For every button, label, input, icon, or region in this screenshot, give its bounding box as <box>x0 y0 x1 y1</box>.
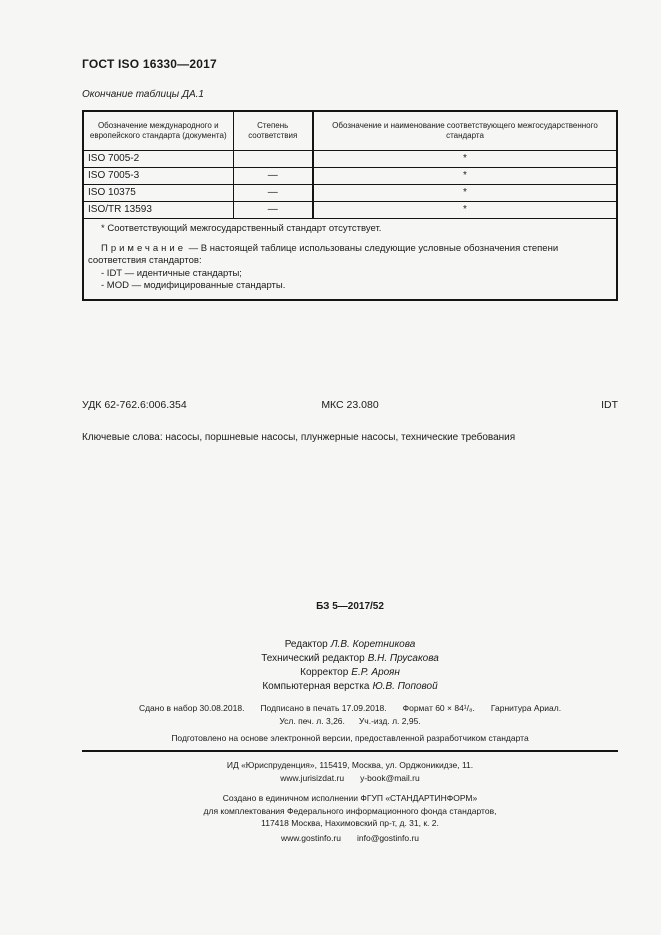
staff-role: Компьютерная верстка <box>262 681 369 692</box>
staff-name: В.Н. Прусакова <box>368 653 439 664</box>
standard-cell: ISO 7005-3 <box>83 168 233 185</box>
prepared-note: Подготовлено на основе электронной верси… <box>82 733 618 743</box>
staff-line: Технический редакторВ.Н. Прусакова <box>82 652 618 666</box>
idt-mark: IDT <box>439 399 618 411</box>
staff-role: Редактор <box>285 639 328 650</box>
equivalent-cell: * <box>313 151 617 168</box>
degree-cell <box>233 151 313 168</box>
standard-cell: ISO 7005-2 <box>83 151 233 168</box>
equivalent-cell: * <box>313 168 617 185</box>
bz-number: БЗ 5—2017/52 <box>82 601 618 612</box>
publisher-email: y-book@mail.ru <box>360 772 420 785</box>
standartinform-address: 117418 Москва, Нахимовский пр-т, д. 31, … <box>82 817 618 830</box>
table-note-cell: * Соответствующий межгосударственный ста… <box>83 219 617 300</box>
mks-code: МКС 23.080 <box>261 399 440 411</box>
print-pub-sheets: Уч.-изд. л. 2,95. <box>359 715 421 728</box>
staff-role: Технический редактор <box>261 653 364 664</box>
column-header-degree: Степень соответствия <box>233 111 313 151</box>
table-note: Примечание — В настоящей таблице использ… <box>88 243 612 268</box>
compliance-table: Обозначение международного и европейског… <box>82 110 618 301</box>
standartinform-block: Создано в единичном исполнении ФГУП «СТА… <box>82 792 618 844</box>
degree-cell: — <box>233 185 313 202</box>
note-item-idt: - IDT — идентичные стандарты; <box>88 268 612 281</box>
table-caption: Окончание таблицы ДА.1 <box>82 89 204 100</box>
staff-line: Компьютерная версткаЮ.В. Поповой <box>82 680 618 694</box>
note-item-mod: - MOD — модифицированные стандарты. <box>88 280 612 293</box>
colophon-divider <box>82 750 618 752</box>
standartinform-line2: для комплектования Федерального информац… <box>82 805 618 818</box>
publisher-website: www.jurisizdat.ru <box>280 772 344 785</box>
staff-credits: РедакторЛ.В. Коретникова Технический ред… <box>82 638 618 694</box>
table-row: ISO 7005-2 * <box>83 151 617 168</box>
publisher-links: www.jurisizdat.ru y-book@mail.ru <box>82 772 618 785</box>
degree-cell: — <box>233 168 313 185</box>
column-header-equivalent: Обозначение и наименование соответствующ… <box>313 111 617 151</box>
standard-cell: ISO/TR 13593 <box>83 202 233 219</box>
print-info-line1: Сдано в набор 30.08.2018. Подписано в пе… <box>82 702 618 715</box>
udk-code: УДК 62-762.6:006.354 <box>82 399 261 411</box>
standartinform-email: info@gostinfo.ru <box>357 832 419 845</box>
publisher-address: ИД «Юриспруденция», 115419, Москва, ул. … <box>82 759 618 772</box>
doc-number: ГОСТ ISO 16330—2017 <box>82 57 217 71</box>
equivalent-cell: * <box>313 185 617 202</box>
document-page: ГОСТ ISO 16330—2017 Окончание таблицы ДА… <box>0 0 661 935</box>
table-footnote: * Соответствующий межгосударственный ста… <box>88 223 612 236</box>
staff-name: Ю.В. Поповой <box>372 681 437 692</box>
table-header-row: Обозначение международного и европейског… <box>83 111 617 151</box>
keywords-line: Ключевые слова: насосы, поршневые насосы… <box>82 432 618 443</box>
staff-role: Корректор <box>300 667 348 678</box>
staff-name: Л.В. Коретникова <box>331 639 416 650</box>
print-format: Формат 60 × 84¹/₈. <box>403 702 475 715</box>
standartinform-line1: Создано в единичном исполнении ФГУП «СТА… <box>82 792 618 805</box>
standartinform-website: www.gostinfo.ru <box>281 832 341 845</box>
print-info-line2: Усл. печ. л. 3,26. Уч.-изд. л. 2,95. <box>82 715 618 728</box>
publisher-block: ИД «Юриспруденция», 115419, Москва, ул. … <box>82 759 618 785</box>
print-sign-date: Подписано в печать 17.09.2018. <box>260 702 386 715</box>
classification-row: УДК 62-762.6:006.354 МКС 23.080 IDT <box>82 399 618 411</box>
table-note-row: * Соответствующий межгосударственный ста… <box>83 219 617 300</box>
standartinform-links: www.gostinfo.ru info@gostinfo.ru <box>82 832 618 845</box>
print-set-date: Сдано в набор 30.08.2018. <box>139 702 245 715</box>
print-sheets: Усл. печ. л. 3,26. <box>279 715 345 728</box>
staff-name: Е.Р. Ароян <box>351 667 400 678</box>
print-typeface: Гарнитура Ариал. <box>491 702 561 715</box>
column-header-standard: Обозначение международного и европейског… <box>83 111 233 151</box>
note-label: Примечание <box>101 243 186 254</box>
staff-line: РедакторЛ.В. Коретникова <box>82 638 618 652</box>
staff-line: КорректорЕ.Р. Ароян <box>82 666 618 680</box>
table-row: ISO/TR 13593 — * <box>83 202 617 219</box>
degree-cell: — <box>233 202 313 219</box>
table-row: ISO 10375 — * <box>83 185 617 202</box>
table-row: ISO 7005-3 — * <box>83 168 617 185</box>
print-info: Сдано в набор 30.08.2018. Подписано в пе… <box>82 702 618 728</box>
equivalent-cell: * <box>313 202 617 219</box>
standard-cell: ISO 10375 <box>83 185 233 202</box>
